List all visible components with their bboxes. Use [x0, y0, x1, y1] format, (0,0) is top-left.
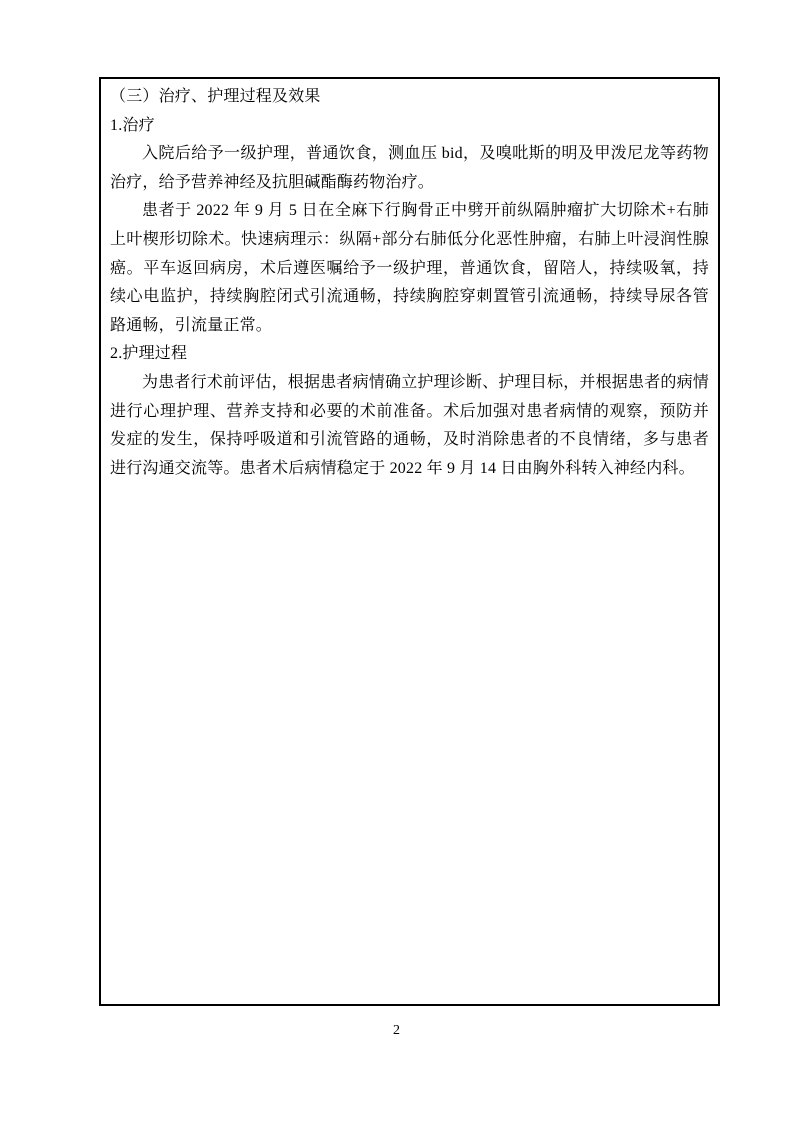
treatment-paragraph-1: 入院后给予一级护理，普通饮食，测血压 bid，及嗅吡斯的明及甲泼尼龙等药物治疗，… — [110, 140, 709, 197]
content-table-cell: （三）治疗、护理过程及效果 1.治疗 入院后给予一级护理，普通饮食，测血压 bi… — [99, 77, 720, 1006]
nursing-process-paragraph-1: 为患者行术前评估，根据患者病情确立护理诊断、护理目标，并根据患者的病情进行心理护… — [110, 369, 709, 483]
page-number: 2 — [0, 1022, 793, 1040]
nursing-process-heading: 2.护理过程 — [110, 340, 709, 369]
section-title: （三）治疗、护理过程及效果 — [110, 83, 709, 112]
treatment-paragraph-2: 患者于 2022 年 9 月 5 日在全麻下行胸骨正中劈开前纵隔肿瘤扩大切除术+… — [110, 197, 709, 340]
document-page: （三）治疗、护理过程及效果 1.治疗 入院后给予一级护理，普通饮食，测血压 bi… — [0, 0, 793, 1122]
treatment-heading: 1.治疗 — [110, 112, 709, 141]
